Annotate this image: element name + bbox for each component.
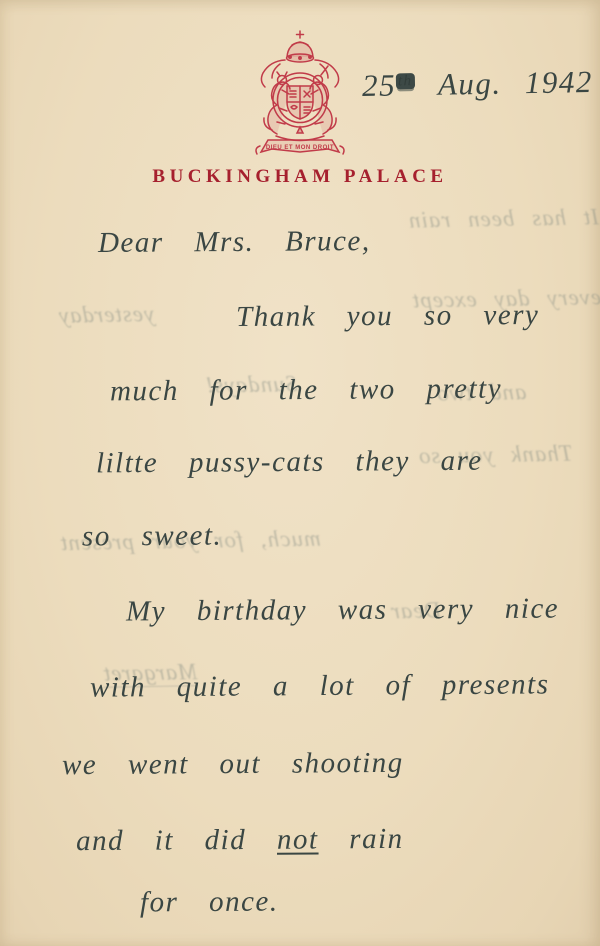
royal-crest-icon: DIEU ET MON DROIT: [230, 28, 370, 163]
letter-page: DIEU ET MON DROIT 25th Aug. 1942 BUCKING…: [0, 0, 600, 946]
date-line: 25th Aug. 1942: [362, 64, 593, 104]
letter-line: with quite a lot of presents: [90, 668, 550, 704]
ghost-text: yesterday: [58, 301, 155, 329]
ghost-text: It has been rain: [408, 204, 599, 233]
letter-line: much for the two pretty: [110, 373, 502, 409]
letter-line: liltte pussy-cats they are: [96, 445, 483, 481]
date-ordinal: th: [396, 73, 415, 89]
letterhead-title: BUCKINGHAM PALACE: [0, 166, 600, 188]
salutation-line: Dear Mrs. Bruce,: [98, 225, 371, 260]
date-day: 25: [362, 67, 397, 103]
letter-line: for once.: [140, 886, 279, 920]
letter-line-segment: and it did: [76, 824, 277, 857]
underlined-word: not: [277, 823, 319, 855]
crest-motto: DIEU ET MON DROIT: [266, 145, 334, 151]
letter-line-not-rain: and it did not rain: [76, 823, 404, 858]
letter-line: Thank you so very: [236, 299, 540, 334]
date-rest: Aug. 1942: [438, 64, 594, 102]
letter-line: we went out shooting: [62, 747, 404, 782]
letter-line: so sweet.: [82, 520, 222, 554]
letter-line-segment: rain: [318, 823, 403, 856]
letter-line: My birthday was very nice: [126, 592, 559, 628]
